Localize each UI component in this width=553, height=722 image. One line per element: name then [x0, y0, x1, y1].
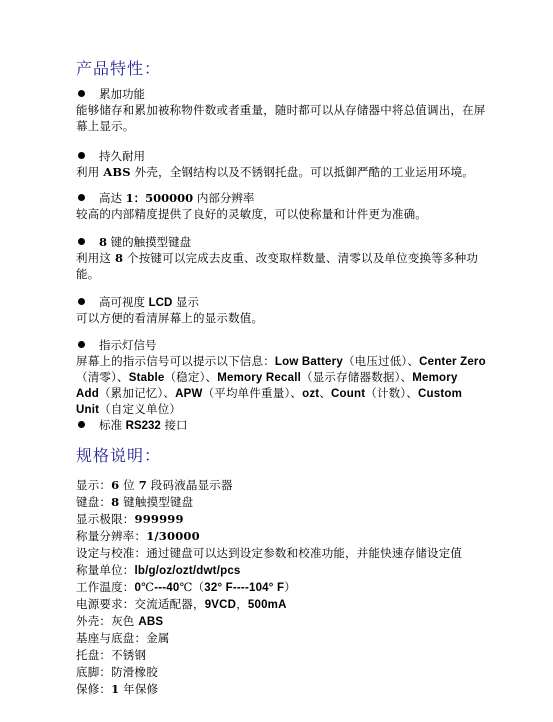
feature-title-keypad: 8 键的触摸型键盘 — [76, 234, 191, 250]
feature-body-line: 利用这 8 个按键可以完成去皮重、改变取样数量、清零以及单位变换等多种功 — [76, 250, 478, 266]
bullet-icon — [78, 152, 85, 159]
spec-row-power: 电源要求：交流适配器，9VCD，500mA — [76, 596, 287, 613]
text-segment: Custom — [418, 388, 462, 400]
text-segment: 高可视度 — [99, 295, 149, 309]
spec-label: 设定与校准： — [76, 546, 146, 560]
text-segment: ABS — [103, 165, 131, 179]
text-segment: 屏幕上的指示信号可以提示以下信息： — [76, 354, 275, 368]
text-segment: Stable — [129, 372, 165, 384]
spec-value: 不锈钢 — [111, 648, 146, 662]
spec-label: 底脚： — [76, 665, 111, 679]
bullet-icon — [78, 238, 85, 245]
bullet-icon — [78, 341, 85, 348]
spec-value: ---40 — [154, 582, 179, 594]
text-segment: Low Battery — [275, 356, 343, 368]
spec-row-units: 称量单位：lb/g/oz/ozt/dwt/pcs — [76, 562, 241, 579]
text-segment: （计数）、 — [365, 386, 418, 400]
text-segment: 、 — [319, 386, 331, 400]
text-segment: 显示 — [172, 295, 199, 309]
spec-value: 通过键盘可以达到设定参数和校准功能，并能快速存储设定值 — [146, 546, 462, 560]
spec-value: 32° F----104° F — [204, 582, 284, 594]
text-segment: Add — [76, 388, 99, 400]
spec-row-feet: 底脚：防滑橡胶 — [76, 664, 158, 680]
feature-body-line: Add（累加记忆）、APW（平均单件重量）、ozt、Count（计数）、Cust… — [76, 385, 462, 402]
feature-body-line: 幕上显示。 — [76, 118, 135, 134]
feature-title-durable: 持久耐用 — [76, 148, 145, 164]
spec-row-display-limit: 显示极限：999999 — [76, 511, 184, 527]
feature-title-lcd: 高可视度 LCD 显示 — [76, 294, 199, 311]
feature-body-line: 能。 — [76, 266, 99, 282]
spec-label: 托盘： — [76, 648, 111, 662]
bullet-icon — [78, 194, 85, 201]
spec-value: ） — [284, 580, 296, 594]
spec-row-base: 基座与底盘：金属 — [76, 630, 170, 646]
text-segment: APW — [175, 388, 202, 400]
text-segment: 接口 — [161, 418, 188, 432]
spec-value: 键触摸型键盘 — [119, 495, 193, 509]
spec-value: lb/g/oz/ozt/dwt/pcs — [135, 565, 241, 577]
text-segment: 标准 — [99, 418, 126, 432]
feature-body-line: （清零）、Stable（稳定）、Memory Recall（显示存储器数据）、M… — [76, 369, 458, 386]
spec-row-calibration: 设定与校准：通过键盘可以达到设定参数和校准功能，并能快速存储设定值 — [76, 545, 462, 561]
spec-label: 显示： — [76, 478, 111, 492]
specs-heading: 规格说明： — [76, 443, 161, 466]
spec-row-keypad: 键盘：8 键触摸型键盘 — [76, 494, 193, 510]
bullet-icon — [78, 90, 85, 97]
spec-label: 电源要求： — [76, 597, 135, 611]
spec-value: ， — [236, 597, 248, 611]
spec-label: 称量单位： — [76, 563, 135, 577]
text-segment: （稳定）、 — [164, 370, 217, 384]
spec-value: ABS — [138, 616, 163, 628]
text-segment: 8 — [115, 251, 123, 265]
spec-value: ℃ — [179, 580, 192, 594]
text-segment: 外壳，全钢结构以及不锈钢托盘。可以抵御严酷的工业运用环境。 — [131, 165, 474, 179]
feature-title-resolution: 高达 1：500000 内部分辨率 — [76, 190, 254, 206]
text-segment: RS232 — [126, 420, 161, 432]
text-segment: （累加记忆）、 — [99, 386, 175, 400]
spec-value: 1/30000 — [146, 529, 200, 543]
text-segment: （清零）、 — [76, 370, 129, 384]
spec-label: 显示极限： — [76, 512, 135, 526]
text-segment: （显示存储器数据）、 — [301, 370, 412, 384]
spec-value: 500mA — [248, 599, 287, 611]
spec-value: 金属 — [146, 631, 169, 645]
text-segment: Count — [331, 388, 365, 400]
spec-label: 键盘： — [76, 495, 111, 509]
text-segment: 8 — [99, 235, 107, 249]
spec-value: 7 — [139, 478, 147, 492]
feature-body-line: 利用 ABS 外壳，全钢结构以及不锈钢托盘。可以抵御严酷的工业运用环境。 — [76, 164, 474, 180]
text-segment: Memory Recall — [217, 372, 301, 384]
text-segment: Unit — [76, 404, 99, 416]
text-segment: 利用 — [76, 165, 103, 179]
spec-value: 交流适配器， — [135, 597, 205, 611]
text-segment: 高达 — [99, 191, 126, 205]
text-segment: Center Zero — [419, 356, 486, 368]
spec-value: ℃ — [141, 580, 154, 594]
feature-title-rs232: 标准 RS232 接口 — [76, 417, 187, 434]
feature-title-text: 持久耐用 — [99, 149, 145, 163]
spec-value: 灰色 — [111, 614, 138, 628]
text-segment: 键的触摸型键盘 — [107, 235, 191, 249]
text-segment: （平均单件重量）、 — [203, 386, 303, 400]
spec-label: 工作温度： — [76, 580, 135, 594]
text-segment: 内部分辨率 — [193, 191, 254, 205]
text-segment: 利用这 — [76, 251, 115, 265]
spec-label: 外壳： — [76, 614, 111, 628]
spec-value: 999999 — [135, 512, 184, 526]
spec-row-pan: 托盘：不锈钢 — [76, 647, 146, 663]
feature-body-line: Unit（自定义单位） — [76, 401, 181, 418]
features-heading: 产品特性： — [76, 56, 161, 79]
text-segment: ozt — [302, 388, 319, 400]
text-segment: 个按键可以完成去皮重、改变取样数量、清零以及单位变换等多种功 — [123, 251, 478, 265]
feature-body-line: 可以方便的看清屏幕上的显示数值。 — [76, 310, 263, 326]
spec-value: 年保修 — [119, 682, 158, 696]
spec-label: 基座与底盘： — [76, 631, 146, 645]
spec-row-temperature: 工作温度：0℃---40℃（32° F----104° F） — [76, 579, 296, 596]
spec-value: （ — [193, 580, 205, 594]
spec-value: 9VCD — [205, 599, 236, 611]
feature-title-text: 累加功能 — [99, 87, 145, 101]
feature-title-indicators: 指示灯信号 — [76, 337, 157, 353]
spec-value: 防滑橡胶 — [111, 665, 158, 679]
text-segment: LCD — [149, 297, 173, 309]
feature-body-line: 较高的内部精度提供了良好的灵敏度，可以使称量和计件更为准确。 — [76, 206, 427, 222]
text-segment: 1：500000 — [126, 191, 194, 205]
spec-label: 保修： — [76, 682, 111, 696]
feature-body-line: 能够储存和累加被称物件数或者重量，随时都可以从存储器中将总值调出，在屏 — [76, 102, 486, 118]
bullet-icon — [78, 421, 85, 428]
feature-title-accumulation: 累加功能 — [76, 86, 145, 102]
spec-row-display: 显示：6 位 7 段码液晶显示器 — [76, 477, 233, 493]
text-segment: （自定义单位） — [99, 402, 181, 416]
bullet-icon — [78, 298, 85, 305]
spec-value: 位 — [119, 478, 138, 492]
spec-row-resolution: 称量分辨率：1/30000 — [76, 528, 200, 544]
spec-value: 段码液晶显示器 — [147, 478, 233, 492]
text-segment: （电压过低）、 — [343, 354, 419, 368]
spec-label: 称量分辨率： — [76, 529, 146, 543]
feature-body-line: 屏幕上的指示信号可以提示以下信息：Low Battery（电压过低）、Cente… — [76, 353, 486, 370]
spec-row-housing: 外壳：灰色 ABS — [76, 613, 163, 630]
text-segment: Memory — [412, 372, 457, 384]
spec-row-warranty: 保修：1 年保修 — [76, 681, 158, 697]
feature-title-text: 指示灯信号 — [99, 338, 157, 352]
